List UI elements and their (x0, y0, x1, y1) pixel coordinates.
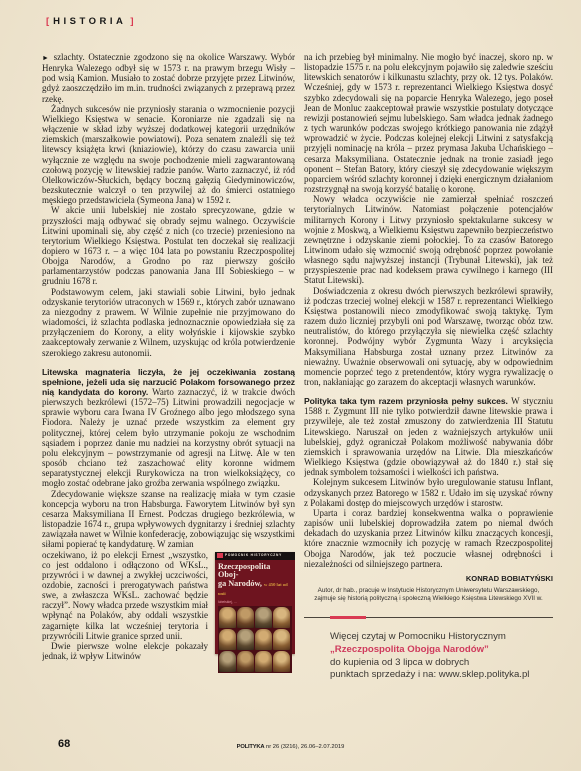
paragraph: Zdecydowanie większe szanse na realizacj… (42, 489, 295, 550)
portrait-tile (219, 629, 236, 650)
portrait-tile (255, 629, 272, 650)
promo-box: Więcej czytaj w Pomocniku Historycznym „… (330, 631, 553, 681)
paragraph-with-lead: Polityka taka tym razem przyniosła pełny… (304, 396, 553, 477)
portrait-tile (273, 651, 290, 672)
portrait-tile (273, 607, 290, 628)
magazine-page: [HISTORIA] ► szlachty. Ostatecznie zgodz… (0, 0, 581, 771)
paragraph: na ich przebieg był minimalny. Nie mogło… (304, 52, 553, 194)
divider-red-accent (330, 616, 366, 619)
book-cover: POMOCNIK HISTORYCZNY Rzeczpospolita Oboj… (215, 552, 295, 654)
portrait-tile (237, 607, 254, 628)
promo-line1: Więcej czytaj w Pomocniku Historycznym (330, 631, 553, 644)
continuation-arrow-icon: ► (42, 54, 50, 62)
author-byline: KONRAD BOBIATYŃSKI (304, 574, 553, 584)
portrait-tile (255, 651, 272, 672)
paragraph: Kolejnym sukcesem Litwinów było uregulow… (304, 477, 553, 507)
paragraph: Uparta i coraz bardziej konsekwentna wal… (304, 508, 553, 569)
promo-publication-title: „Rzeczpospolita Obojga Narodów” (330, 644, 553, 657)
portrait-tile (219, 651, 236, 672)
cover-series-strip: POMOCNIK HISTORYCZNY (215, 552, 295, 560)
paragraph: W akcie unii lubelskiej nie zostało spre… (42, 205, 295, 286)
portrait-tile (255, 607, 272, 628)
paragraph: Podstawowym celem, jaki stawiali sobie L… (42, 287, 295, 358)
cover-series-title: POMOCNIK HISTORYCZNY (225, 550, 282, 560)
author-bio-line1: Autor, dr hab., pracuje w Instytucie His… (318, 587, 540, 594)
kicker-bracket-left: [ (46, 16, 49, 27)
cover-title-line1: Rzeczpospolita Oboj- (218, 563, 292, 580)
portrait-collage (218, 606, 292, 673)
issue-info: nr 26 (3216), 26.06–2.07.2019 (264, 744, 344, 750)
author-bio-line2: zajmuje się historią polityczną i społec… (314, 595, 543, 602)
portrait-tile (237, 651, 254, 672)
magazine-logo: POLITYKA (237, 744, 265, 750)
section-divider (304, 617, 553, 618)
article-column-right: na ich przebieg był minimalny. Nie mogło… (304, 52, 553, 752)
section-label: HISTORIA (53, 16, 126, 27)
kicker-bracket-right: ] (130, 16, 133, 27)
promo-line3: do kupienia od 3 lipca w dobrych (330, 657, 553, 670)
section-header: [HISTORIA] (42, 16, 138, 27)
paragraph: Żadnych sukcesów nie przyniosły starania… (42, 104, 295, 206)
paragraph: ► szlachty. Ostatecznie zgodzono się na … (42, 52, 295, 104)
paragraph: Nowy władca oczywiście nie zamierzał spe… (304, 194, 553, 285)
portrait-tile (237, 629, 254, 650)
cover-caption: lubelskiej, … (218, 600, 292, 604)
paragraph-with-lead: Litewska magnateria liczyła, że jej ocze… (42, 367, 295, 489)
author-bio: Autor, dr hab., pracuje w Instytucie His… (304, 587, 553, 603)
paragraph: Doświadczenia z okresu dwóch pierwszych … (304, 286, 553, 388)
text-wrap-zone: POMOCNIK HISTORYCZNY Rzeczpospolita Oboj… (42, 550, 295, 662)
cover-title-line2: ga Narodów, w 450 lat od unii (218, 580, 292, 599)
portrait-tile (219, 607, 236, 628)
series-logo-square (217, 553, 223, 558)
portrait-tile (273, 629, 290, 650)
bold-lead-in: Polityka taka tym razem przyniosła pełny… (304, 396, 508, 406)
promo-line4: punktach sprzedaży i na: www.sklep.polit… (330, 669, 553, 682)
issue-line: POLITYKA nr 26 (3216), 26.06–2.07.2019 (0, 744, 581, 750)
article-column-left: ► szlachty. Ostatecznie zgodzono się na … (42, 52, 295, 744)
